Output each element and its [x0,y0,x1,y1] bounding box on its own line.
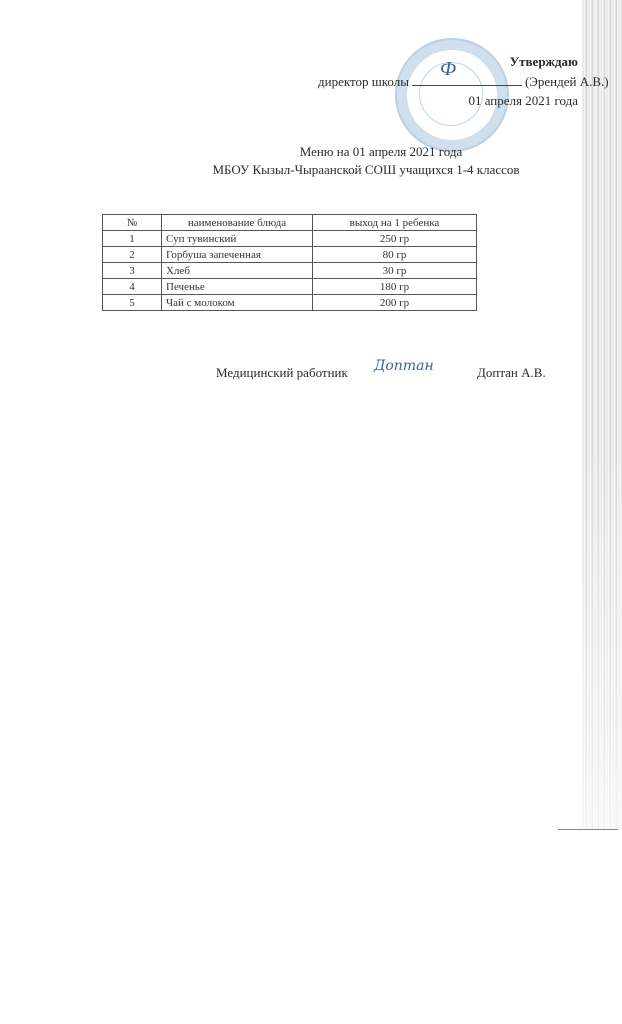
row-portion: 200 гр [313,295,477,311]
row-dish: Суп тувинский [162,231,313,247]
director-name: (Эрендей А.В.) [525,74,609,89]
row-number: 3 [103,263,162,279]
row-portion: 250 гр [313,231,477,247]
approval-date: 01 апреля 2021 года [468,93,578,109]
row-dish: Печенье [162,279,313,295]
table-row: 1 Суп тувинский 250 гр [103,231,477,247]
table-row: 2 Горбуша запеченная 80 гр [103,247,477,263]
row-portion: 80 гр [313,247,477,263]
signature-line [412,75,522,86]
header-number: № [103,215,162,231]
menu-table: № наименование блюда выход на 1 ребенка … [102,214,477,311]
row-number: 5 [103,295,162,311]
scan-edge-artifact [582,0,622,830]
header-dish: наименование блюда [162,215,313,231]
row-number: 1 [103,231,162,247]
scan-edge-line [558,829,618,830]
table-row: 3 Хлеб 30 гр [103,263,477,279]
approval-heading: Утверждаю [510,54,578,70]
row-dish: Чай с молоком [162,295,313,311]
row-portion: 180 гр [313,279,477,295]
medical-worker-label: Медицинский работник [216,365,348,381]
director-signature: Ф [440,58,456,81]
row-portion: 30 гр [313,263,477,279]
row-number: 4 [103,279,162,295]
header-portion: выход на 1 ребенка [313,215,477,231]
row-dish: Хлеб [162,263,313,279]
director-row: директор школы(Эрендей А.В.) [318,74,609,90]
menu-subtitle: МБОУ Кызыл-Чыраанской СОШ учащихся 1-4 к… [0,162,622,178]
row-dish: Горбуша запеченная [162,247,313,263]
medical-worker-signature: Доптан [374,358,434,374]
table-row: 5 Чай с молоком 200 гр [103,295,477,311]
table-header-row: № наименование блюда выход на 1 ребенка [103,215,477,231]
menu-title: Меню на 01 апреля 2021 года [0,144,622,160]
medical-worker-name: Доптан А.В. [477,365,546,381]
row-number: 2 [103,247,162,263]
director-role: директор школы [318,74,409,89]
table-row: 4 Печенье 180 гр [103,279,477,295]
